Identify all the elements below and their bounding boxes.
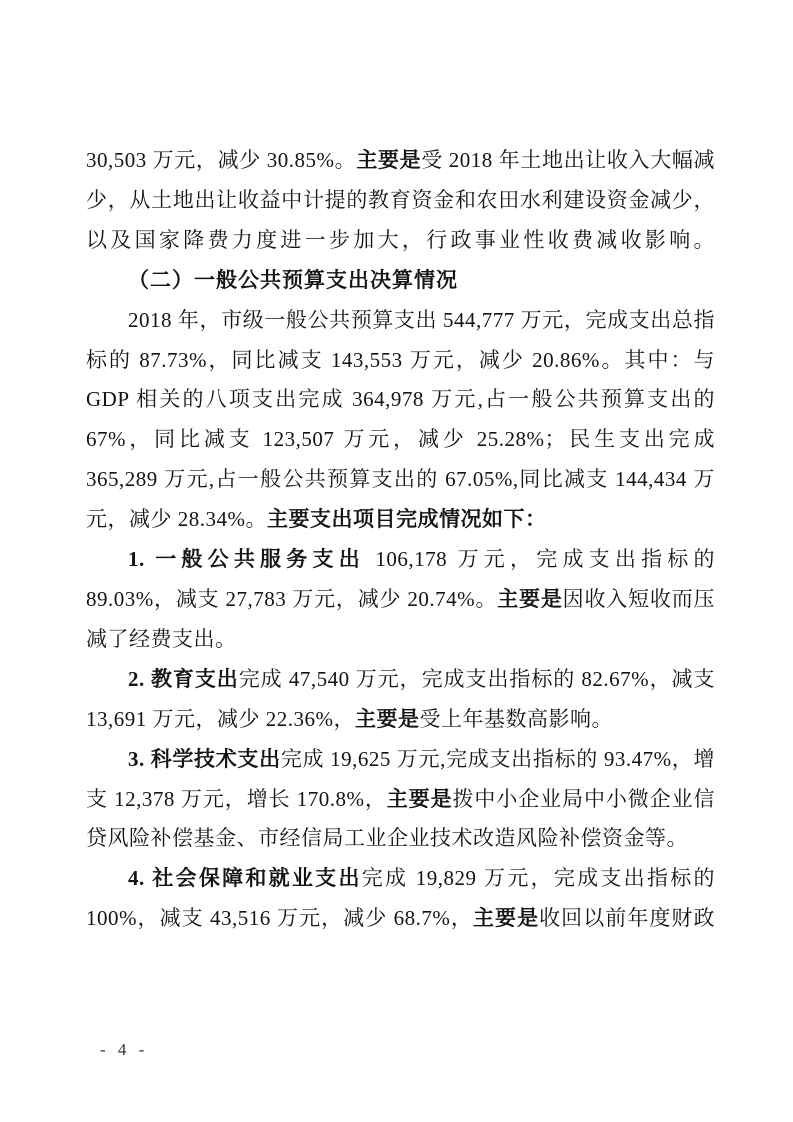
text-run: 收回以前年度财政 xyxy=(539,906,715,930)
emphasis-run: 主要是 xyxy=(473,906,539,930)
document-page: 30,503 万元，减少 30.85%。主要是受 2018 年土地出让收入大幅减… xyxy=(0,0,793,1122)
document-body: 30,503 万元，减少 30.85%。主要是受 2018 年土地出让收入大幅减… xyxy=(86,141,715,939)
emphasis-run: 主要是 xyxy=(356,148,421,172)
text-run: 2018 年，市级一般公共预算支出 544,777 万元，完成支出总指标的 87… xyxy=(86,308,715,532)
text-run: 受上年基数高影响。 xyxy=(420,707,614,731)
emphasis-run: 主要是 xyxy=(355,707,420,731)
item-title-run: 4. 社会保障和就业支出 xyxy=(128,866,362,890)
heading-text: （二）一般公共预算支出决算情况 xyxy=(128,268,458,292)
section-heading: （二）一般公共预算支出决算情况 xyxy=(86,261,715,301)
item-title-run: 1. 一般公共服务支出 xyxy=(128,547,365,571)
item-title-run: 2. 教育支出 xyxy=(128,667,239,691)
para-item-3-science-technology: 3. 科学技术支出完成 19,625 万元,完成支出指标的 93.47%，增支 … xyxy=(86,740,715,860)
item-title-run: 3. 科学技术支出 xyxy=(128,747,281,771)
para-overview-expenditure: 2018 年，市级一般公共预算支出 544,777 万元，完成支出总指标的 87… xyxy=(86,301,715,540)
para-item-2-education: 2. 教育支出完成 47,540 万元，完成支出指标的 82.67%，减支 13… xyxy=(86,660,715,740)
emphasis-run: 主要是 xyxy=(497,587,562,611)
text-run: 30,503 万元，减少 30.85%。 xyxy=(86,148,356,172)
para-item-4-social-security-employment: 4. 社会保障和就业支出完成 19,829 万元，完成支出指标的 100%，减支… xyxy=(86,859,715,939)
emphasis-run: 主要是 xyxy=(387,787,453,811)
page-number: - 4 - xyxy=(100,1040,148,1060)
para-item-1-general-public-services: 1. 一般公共服务支出 106,178 万元，完成支出指标的 89.03%，减支… xyxy=(86,540,715,660)
emphasis-run: 主要支出项目完成情况如下： xyxy=(267,507,547,531)
para-continuation-land-revenue: 30,503 万元，减少 30.85%。主要是受 2018 年土地出让收入大幅减… xyxy=(86,141,715,261)
